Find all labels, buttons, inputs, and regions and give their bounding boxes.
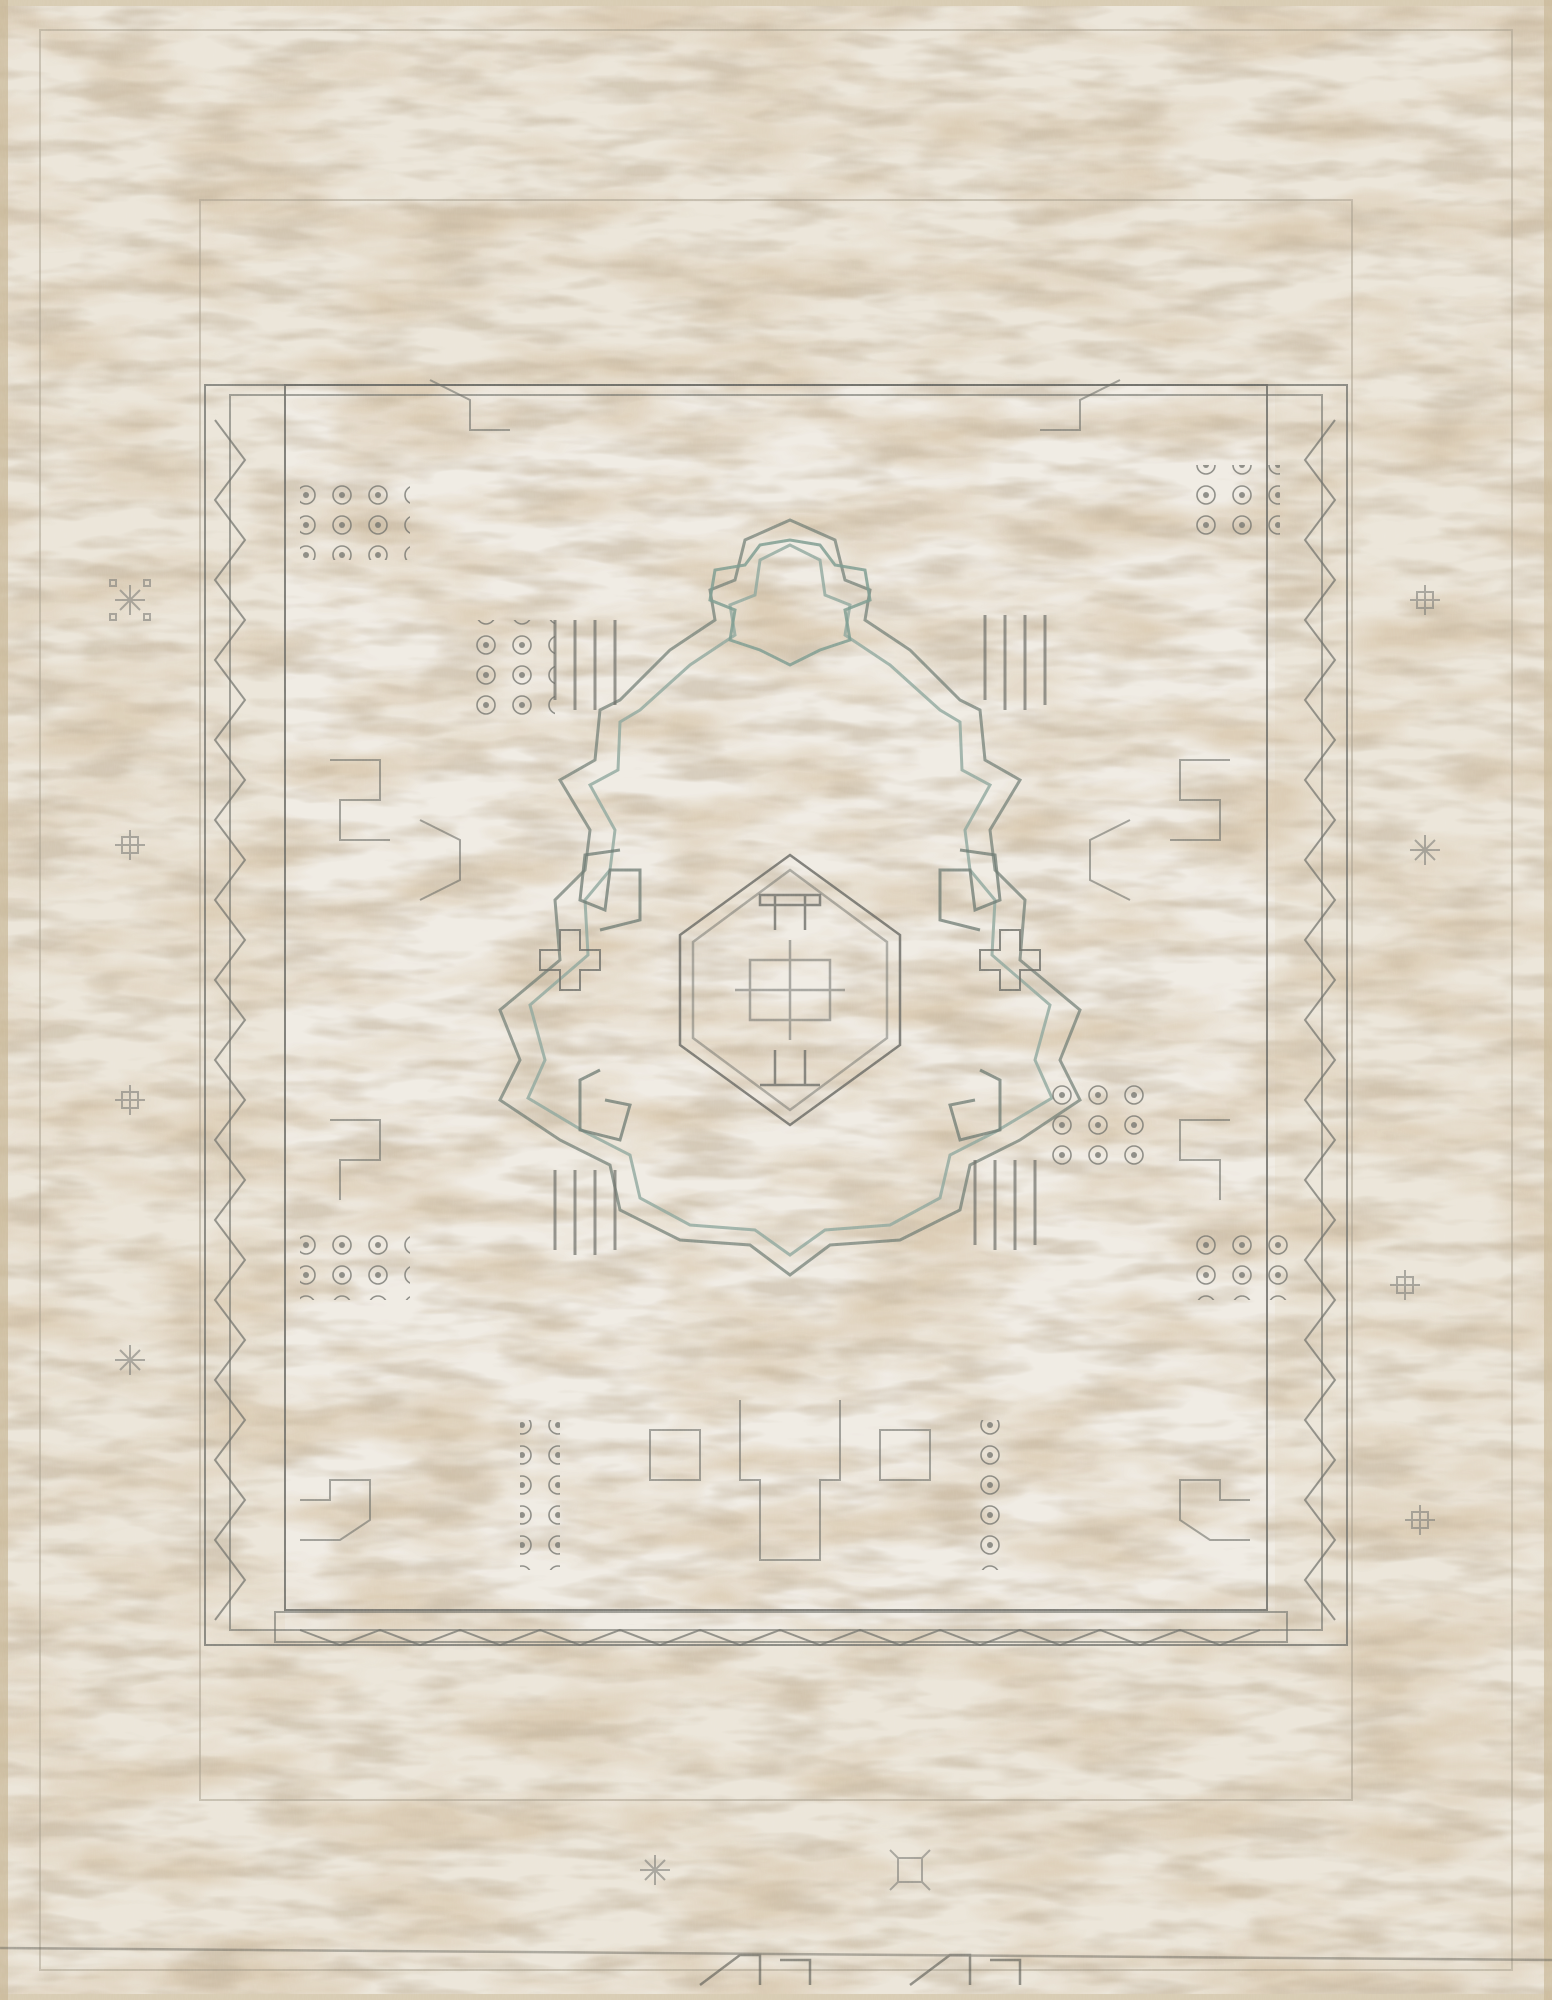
rug-artwork (0, 0, 1552, 2000)
rug-photo (0, 0, 1552, 2000)
